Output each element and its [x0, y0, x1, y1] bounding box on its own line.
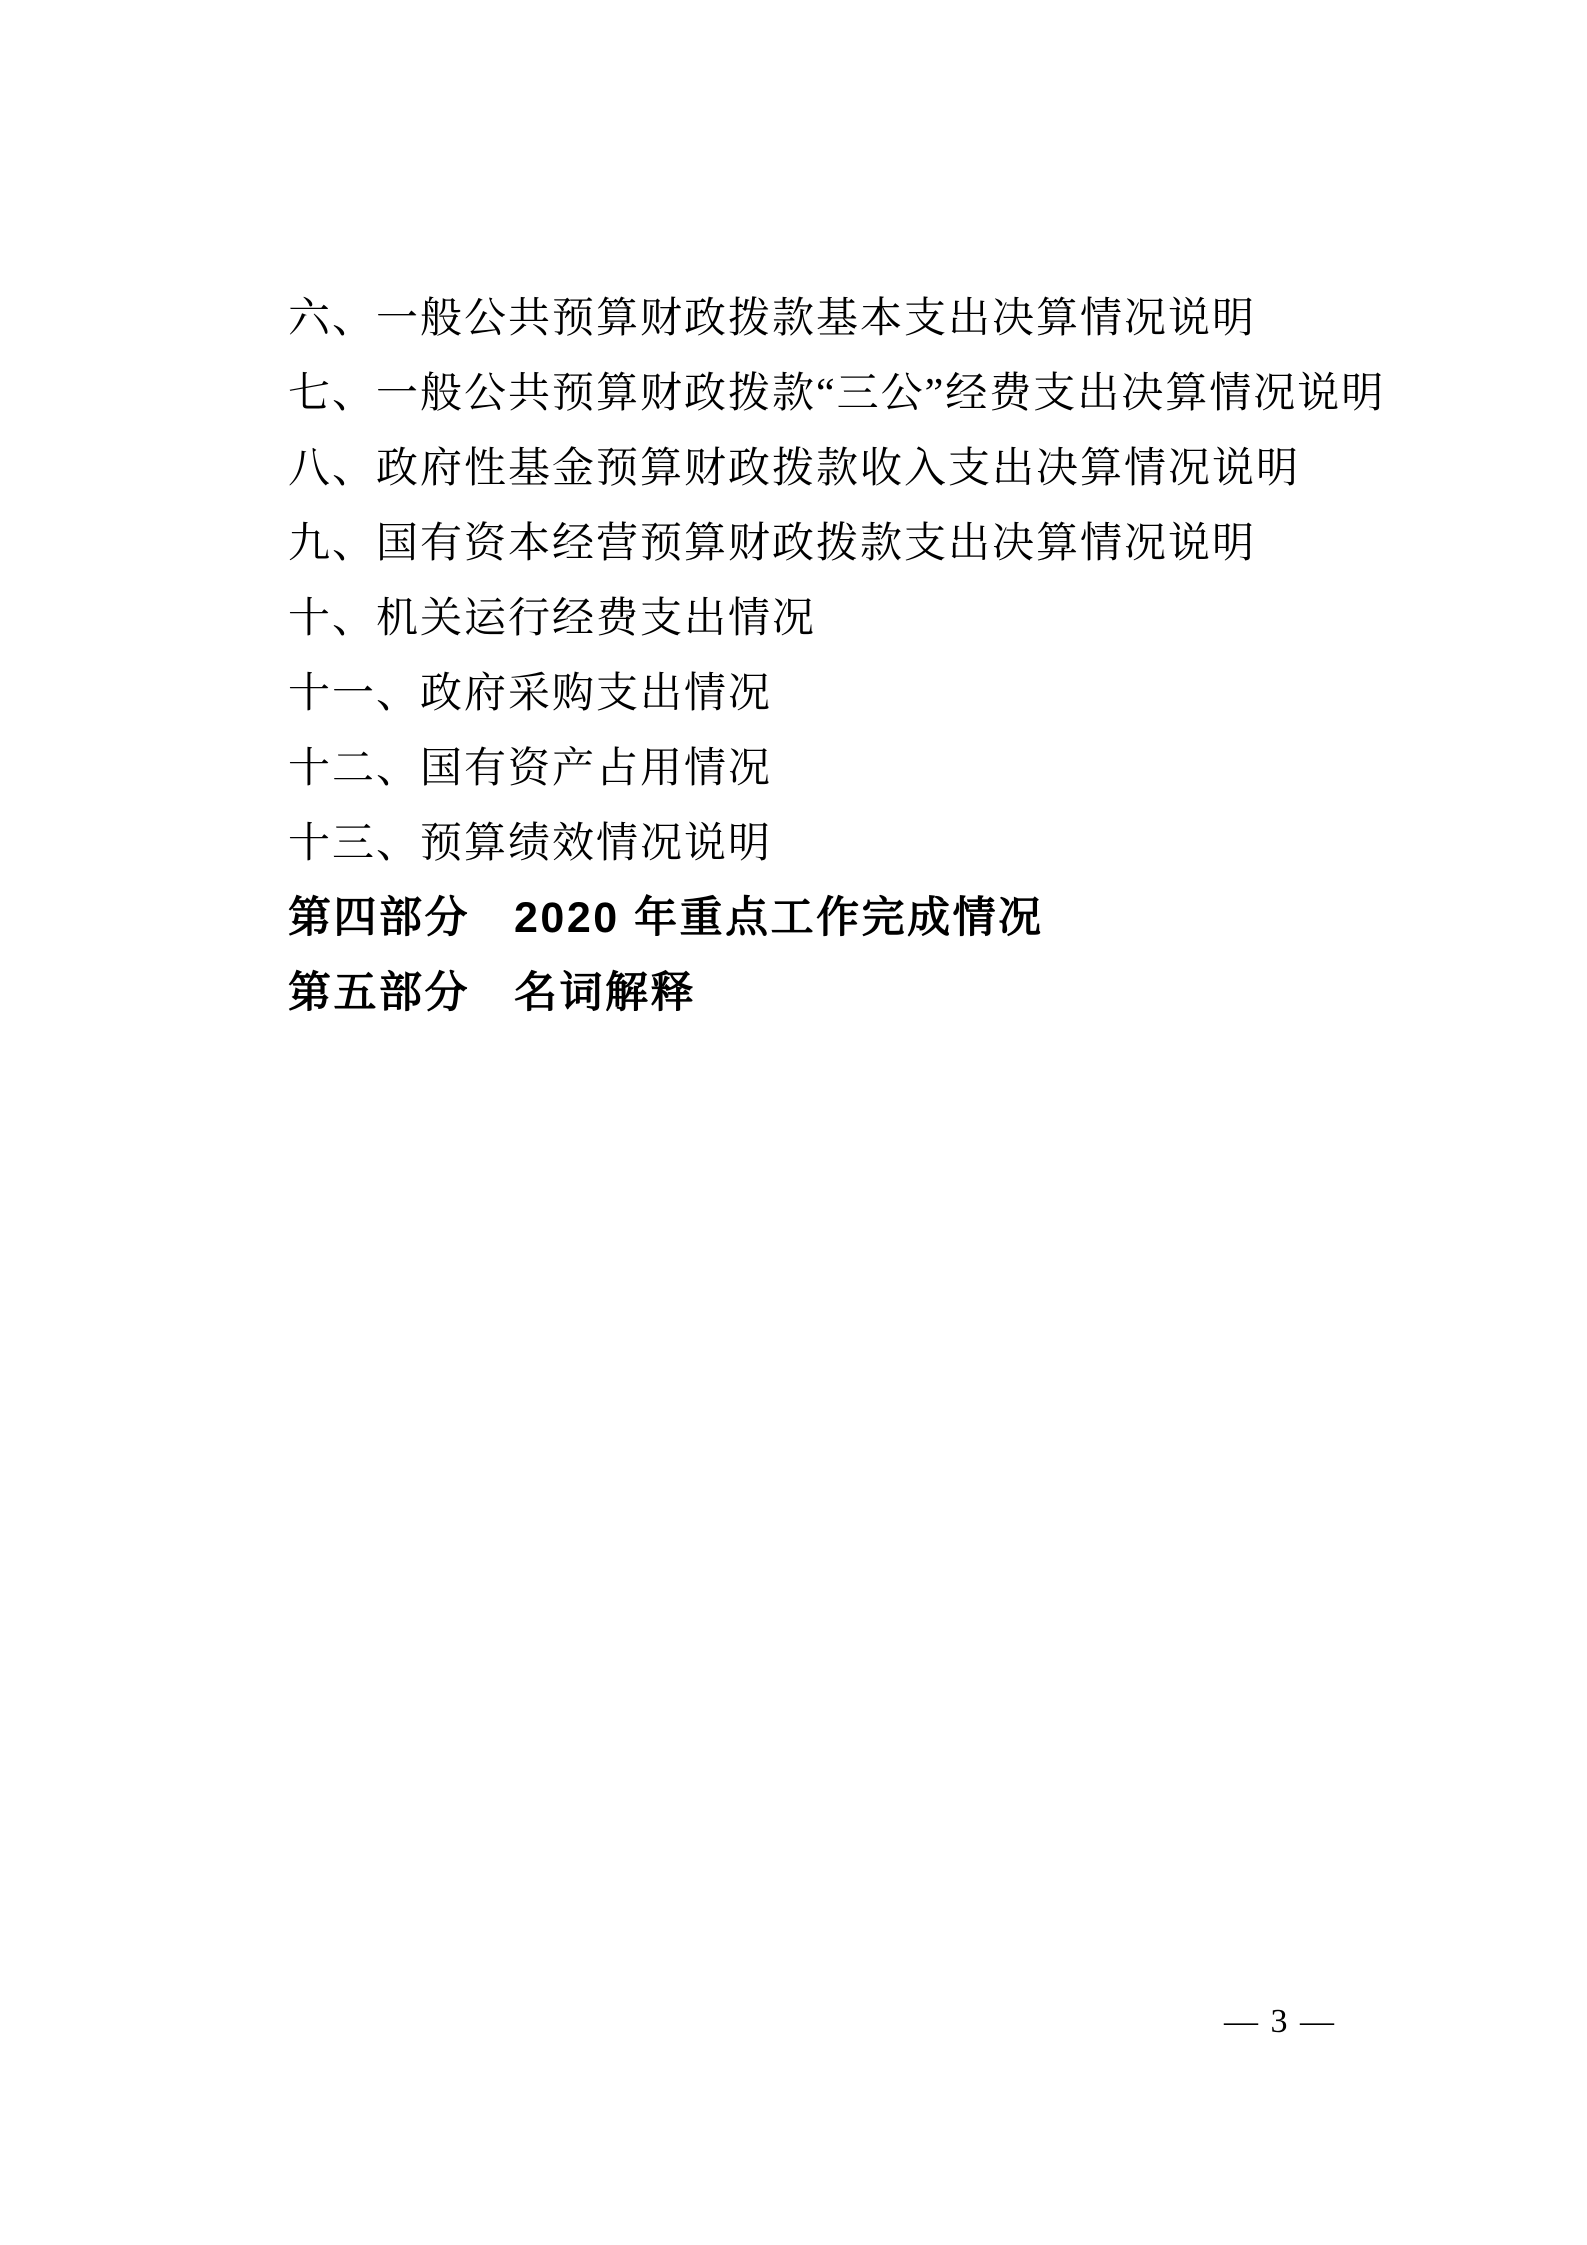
- part-heading-5: 第五部分 名词解释: [288, 952, 1488, 1027]
- toc-item: 七、一般公共预算财政拨款“三公”经费支出决算情况说明: [288, 352, 1488, 427]
- part-label: 第五部分: [288, 959, 470, 1020]
- toc-item: 八、政府性基金预算财政拨款收入支出决算情况说明: [288, 427, 1488, 502]
- part-label: 第四部分: [288, 884, 470, 945]
- toc-item: 十二、国有资产占用情况: [288, 727, 1488, 802]
- toc-item: 十三、预算绩效情况说明: [288, 802, 1488, 877]
- document-page: 六、一般公共预算财政拨款基本支出决算情况说明 七、一般公共预算财政拨款“三公”经…: [0, 0, 1587, 2245]
- part-title: 2020 年重点工作完成情况: [514, 884, 1044, 945]
- toc-item: 九、国有资本经营预算财政拨款支出决算情况说明: [288, 502, 1488, 577]
- table-of-contents: 六、一般公共预算财政拨款基本支出决算情况说明 七、一般公共预算财政拨款“三公”经…: [288, 277, 1488, 1027]
- toc-item: 十一、政府采购支出情况: [288, 652, 1488, 727]
- toc-item: 六、一般公共预算财政拨款基本支出决算情况说明: [288, 277, 1488, 352]
- toc-item: 十、机关运行经费支出情况: [288, 577, 1488, 652]
- part-heading-4: 第四部分 2020 年重点工作完成情况: [288, 877, 1488, 952]
- page-number: — 3 —: [1150, 2003, 1410, 2041]
- part-title: 名词解释: [514, 959, 696, 1020]
